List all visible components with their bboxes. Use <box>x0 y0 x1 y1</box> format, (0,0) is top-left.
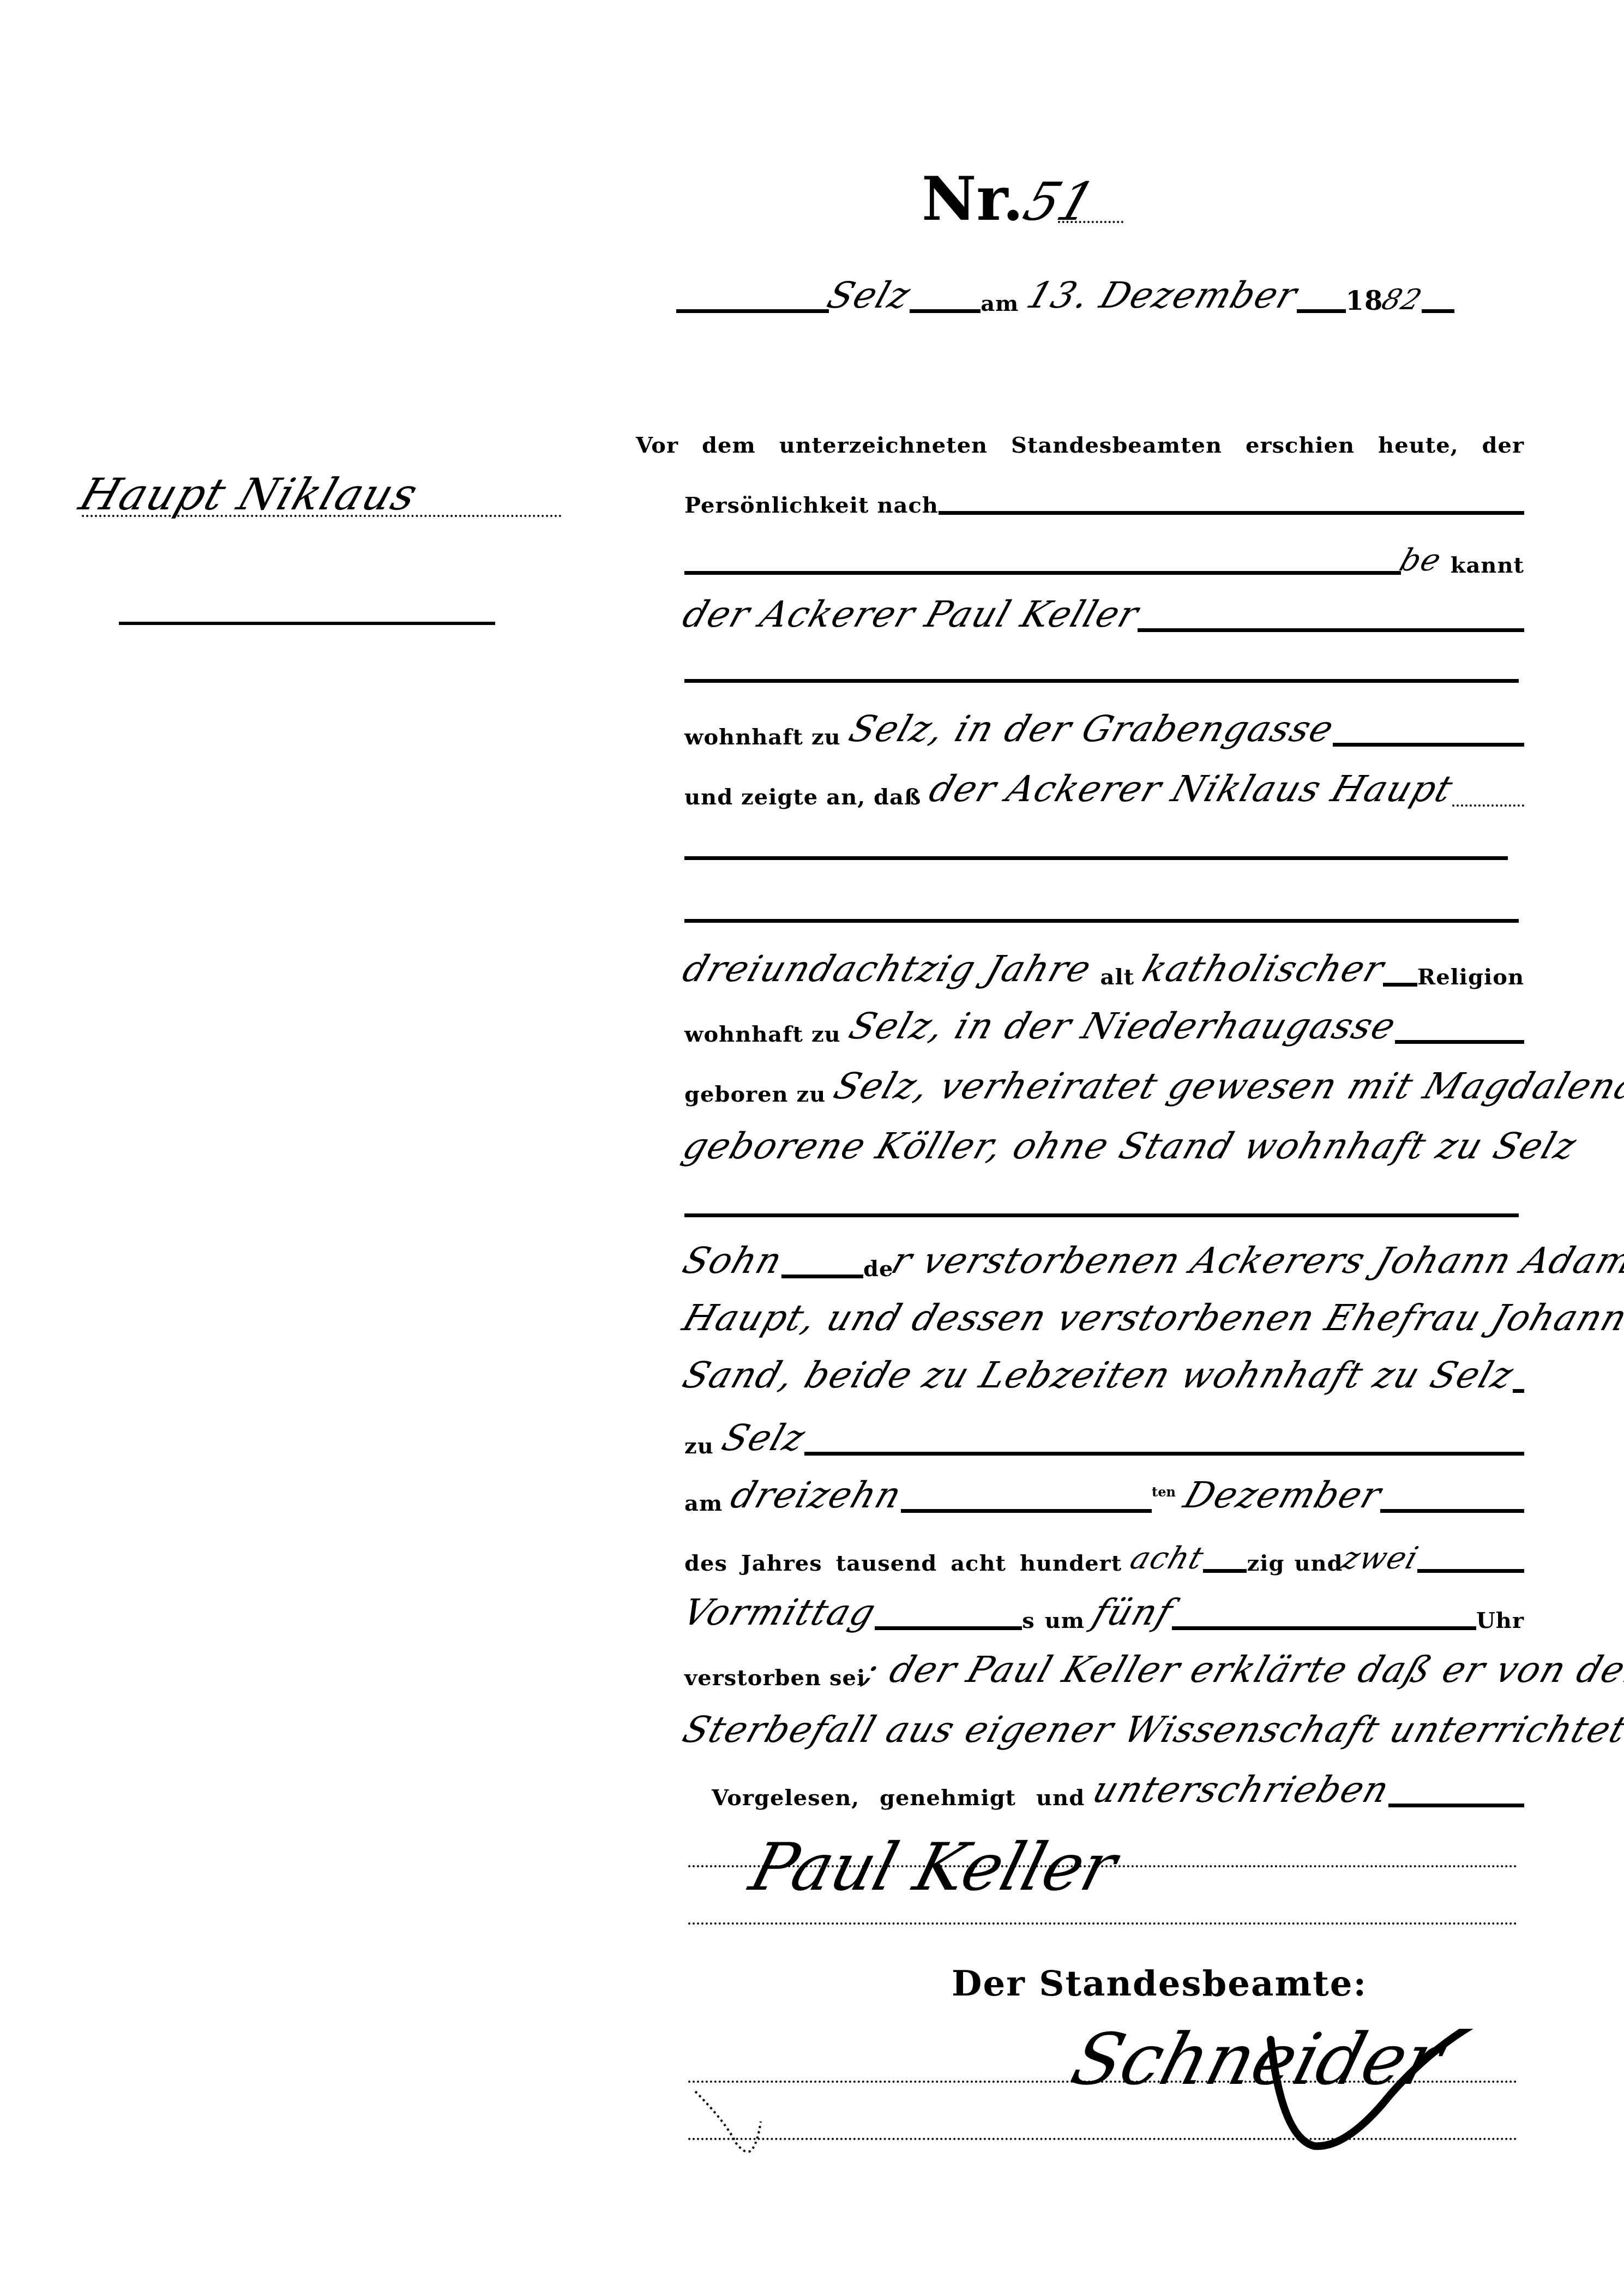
year-und: und <box>1294 1550 1343 1576</box>
statement-field-2: Sterbefall aus eigener Wissenschaft unte… <box>677 1709 1624 1751</box>
report-label: und zeigte an, daß <box>684 784 921 810</box>
number-value: 51 <box>1016 171 1103 232</box>
residence-label: wohnhaft zu <box>684 724 841 750</box>
official-heading: Der Standesbeamte: <box>952 1963 1367 2004</box>
hour-field: fünf <box>1088 1591 1179 1633</box>
age-field: dreiundachtzig Jahre <box>677 948 1097 990</box>
blank-line <box>684 1213 1519 1217</box>
day-field: dreizehn <box>726 1474 908 1516</box>
statement-line-2: Sterbefall aus eigener Wissenschaft unte… <box>684 1707 1524 1751</box>
informant-residence-line: wohnhaft zu Selz, in der Grabengasse <box>684 706 1524 750</box>
line-segment <box>910 309 981 313</box>
number-label: Nr. <box>922 164 1024 234</box>
death-place-field: Selz <box>717 1417 811 1459</box>
margin-deceased-name: Haupt Niklaus <box>74 469 425 520</box>
place-field: Selz <box>822 274 916 316</box>
informant-line: der Ackerer Paul Keller <box>684 592 1524 635</box>
read-label: Vorgelesen, genehmigt und <box>712 1785 1085 1811</box>
known-line: be kannt <box>684 534 1524 578</box>
date-prefix: am <box>981 291 1019 316</box>
year-decade-field: acht <box>1126 1541 1209 1576</box>
official-dotted-line <box>688 2081 1517 2083</box>
statement-field-1: ; der Paul Keller erklärte daß er von de… <box>859 1649 1624 1691</box>
time-um: um <box>1045 1608 1085 1633</box>
margin-dotted-line <box>82 515 562 517</box>
blank-line <box>684 856 1508 860</box>
line-fill <box>1513 1389 1524 1393</box>
line-fill <box>1452 804 1524 807</box>
parents-field-3: Sand, beide zu Lebzeiten wohnhaft zu Sel… <box>677 1354 1519 1396</box>
line-fill <box>1333 743 1524 747</box>
deceased-field: der Ackerer Niklaus Haupt <box>924 768 1459 810</box>
time-of-day-field: Vormittag <box>677 1591 881 1633</box>
line-segment <box>1203 1569 1247 1573</box>
line-segment <box>1297 309 1346 313</box>
died-label: verstorben sei <box>684 1665 865 1691</box>
blank-line <box>684 919 1519 923</box>
intro-line: Vor dem unterzeichneten Standesbeamten e… <box>709 414 1524 458</box>
hour-label: Uhr <box>1476 1608 1524 1633</box>
informant-field: der Ackerer Paul Keller <box>677 593 1144 635</box>
month-field: Dezember <box>1178 1474 1387 1516</box>
faded-stamp-icon <box>693 2089 813 2165</box>
line-fill <box>1388 1804 1524 1807</box>
religion-field: katholischer <box>1138 948 1390 990</box>
blank-line <box>684 679 1519 683</box>
official-dotted-line <box>688 2138 1517 2140</box>
day-label: am <box>684 1490 723 1516</box>
year-label: des Jahres tausend acht hundert <box>684 1550 1122 1576</box>
margin-rule <box>119 622 495 625</box>
deceased-residence-field: Selz, in der Niederhaugasse <box>844 1005 1402 1047</box>
age-religion-line: dreiundachtzig Jahre alt katholischer Re… <box>684 946 1524 990</box>
line-segment <box>676 309 829 313</box>
line-fill <box>1172 1626 1476 1630</box>
born-line: geboren zu Selz, verheiratet gewesen mit… <box>684 1063 1524 1107</box>
signature-dotted-line <box>688 1922 1517 1925</box>
parents-line-2: Haupt, und dessen verstorbenen Ehefrau J… <box>684 1295 1524 1339</box>
signature-flourish-icon <box>1254 2029 1483 2171</box>
date-field: 13. Dezember <box>1022 274 1303 316</box>
line-segment <box>875 1626 1022 1630</box>
death-time-line: Vormittag s um fünf Uhr <box>684 1590 1524 1633</box>
day-suffix: ten <box>1152 1484 1176 1500</box>
born-field-2: geborene Köller, ohne Stand wohnhaft zu … <box>677 1125 1582 1167</box>
year-hand: 82 <box>1378 284 1427 316</box>
number-dotted-line <box>1058 221 1123 223</box>
informant-signature: Paul Keller <box>753 1830 1114 1906</box>
parents-field-2: Haupt, und dessen verstorbenen Ehefrau J… <box>677 1297 1624 1339</box>
informant-signature-text: Paul Keller <box>742 1830 1124 1906</box>
line-fill <box>1395 1040 1524 1044</box>
age-label: alt <box>1100 964 1135 990</box>
death-year-line: des Jahres tausend acht hundert acht zig… <box>684 1532 1524 1576</box>
known-hand: be <box>1395 543 1446 578</box>
signature-dotted-line <box>688 1865 1517 1867</box>
line-fill <box>939 511 1524 515</box>
line-fill <box>684 571 1401 575</box>
line-fill <box>804 1452 1524 1456</box>
identity-line: Persönlichkeit nach <box>684 474 1524 518</box>
line-segment <box>901 1509 1152 1513</box>
born-line-2: geborene Köller, ohne Stand wohnhaft zu … <box>684 1123 1524 1167</box>
place-date-line: Selz am 13. Dezember 18 82 <box>676 273 1527 316</box>
line-segment <box>1422 309 1454 313</box>
line-fill <box>1417 1569 1524 1573</box>
year-printed: 18 <box>1346 286 1384 316</box>
informant-residence-field: Selz, in der Grabengasse <box>844 708 1339 750</box>
death-date-line: am dreizehn ten Dezember <box>684 1472 1524 1516</box>
intro-text: Vor dem unterzeichneten Standesbeamten e… <box>636 432 1524 458</box>
read-line: Vorgelesen, genehmigt und unterschrieben <box>712 1767 1524 1811</box>
time-suffix: s <box>1022 1608 1035 1633</box>
parents-field-1: r verstorbenen Ackerers Johann Adam <box>887 1240 1624 1282</box>
statement-line-1: verstorben sei ; der Paul Keller erklärt… <box>684 1647 1524 1691</box>
death-place-line: zu Selz <box>684 1415 1524 1459</box>
line-fill <box>1383 983 1417 987</box>
year-unit-field: zwei <box>1337 1541 1423 1576</box>
son-field: Sohn <box>677 1240 788 1282</box>
religion-label: Religion <box>1417 964 1524 990</box>
official-heading-text: Der Standesbeamte: <box>952 1963 1367 2004</box>
identity-label: Persönlichkeit nach <box>684 492 939 518</box>
line-fill <box>1380 1509 1524 1513</box>
deceased-residence-label: wohnhaft zu <box>684 1021 841 1047</box>
parents-line-1: Sohn de r verstorbenen Ackerers Johann A… <box>684 1238 1524 1282</box>
born-field-1: Selz, verheiratet gewesen mit Magdalena, <box>829 1065 1624 1107</box>
line-segment <box>781 1275 863 1278</box>
line-fill <box>1138 628 1524 632</box>
known-print: kannt <box>1451 552 1524 578</box>
death-place-label: zu <box>684 1433 714 1459</box>
year-zig: zig <box>1247 1550 1284 1576</box>
deceased-residence-line: wohnhaft zu Selz, in der Niederhaugasse <box>684 1003 1524 1047</box>
parents-line-3: Sand, beide zu Lebzeiten wohnhaft zu Sel… <box>684 1353 1524 1396</box>
report-line: und zeigte an, daß der Ackerer Niklaus H… <box>684 766 1524 810</box>
margin-name-entry: Haupt Niklaus <box>82 469 562 518</box>
read-field: unterschrieben <box>1088 1769 1396 1811</box>
record-number: Nr. 51 <box>922 164 1093 234</box>
born-label: geboren zu <box>684 1081 826 1107</box>
